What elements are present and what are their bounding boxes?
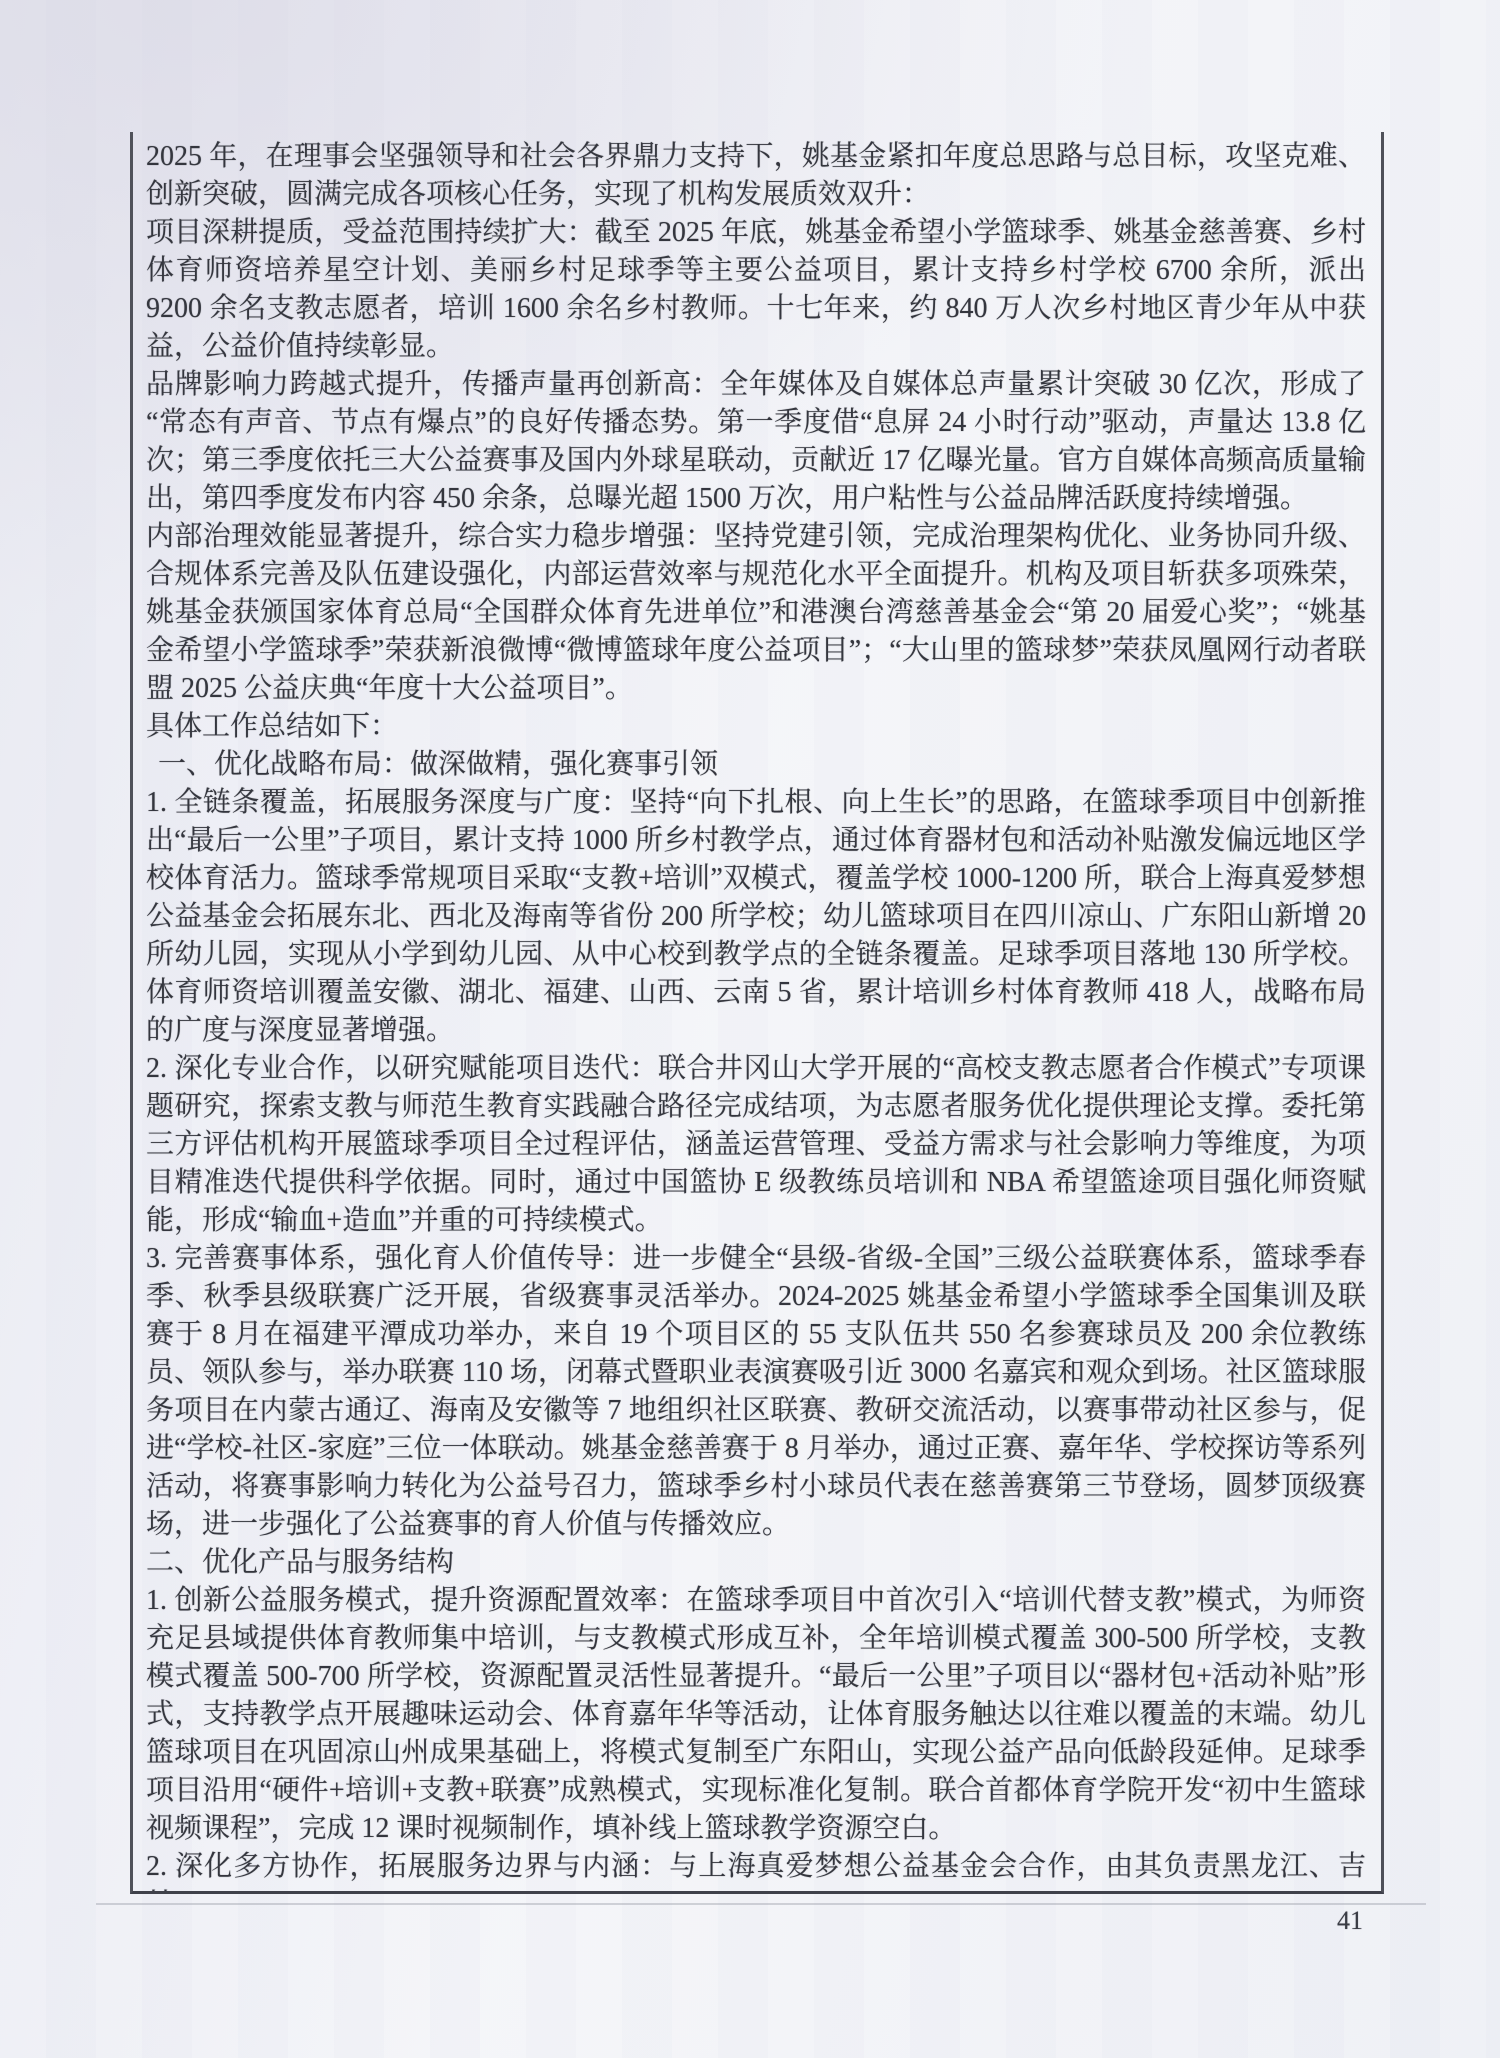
paragraph-intro: 2025 年，在理事会坚强领导和社会各界鼎力支持下，姚基金紧扣年度总思路与总目标…: [146, 138, 1366, 214]
paragraph-s1-item-3: 3. 完善赛事体系，强化育人价值传导：进一步健全“县级-省级-全国”三级公益联赛…: [146, 1240, 1366, 1544]
report-table-cell: 2025 年，在理事会坚强领导和社会各界鼎力支持下，姚基金紧扣年度总思路与总目标…: [130, 132, 1384, 1894]
page-number: 41: [1337, 1906, 1363, 1936]
heading-section-1: 一、优化战略布局：做深做精，强化赛事引领: [146, 746, 1366, 784]
heading-section-2: 二、优化产品与服务结构: [146, 1544, 1366, 1582]
paragraph-s2-item-1: 1. 创新公益服务模式，提升资源配置效率：在篮球季项目中首次引入“培训代替支教”…: [146, 1582, 1366, 1848]
paragraph-project-quality: 项目深耕提质，受益范围持续扩大：截至 2025 年底，姚基金希望小学篮球季、姚基…: [146, 214, 1366, 366]
paragraph-s2-item-2: 2. 深化多方协作，拓展服务边界与内涵：与上海真爱梦想公益基金会合作，由其负责黑…: [146, 1848, 1366, 1894]
paragraph-brand-influence: 品牌影响力跨越式提升，传播声量再创新高：全年媒体及自媒体总声量累计突破 30 亿…: [146, 366, 1366, 518]
paragraph-s1-item-2: 2. 深化专业合作，以研究赋能项目迭代：联合井冈山大学开展的“高校支教志愿者合作…: [146, 1050, 1366, 1240]
scanned-document-page: 2025 年，在理事会坚强领导和社会各界鼎力支持下，姚基金紧扣年度总思路与总目标…: [0, 0, 1500, 2058]
paragraph-governance: 内部治理效能显著提升，综合实力稳步增强：坚持党建引领，完成治理架构优化、业务协同…: [146, 518, 1366, 708]
scan-artifact-line: [96, 1903, 1426, 1905]
paragraph-s1-item-1: 1. 全链条覆盖，拓展服务深度与广度：坚持“向下扎根、向上生长”的思路，在篮球季…: [146, 784, 1366, 1050]
paragraph-summary-lead: 具体工作总结如下：: [146, 708, 1366, 746]
